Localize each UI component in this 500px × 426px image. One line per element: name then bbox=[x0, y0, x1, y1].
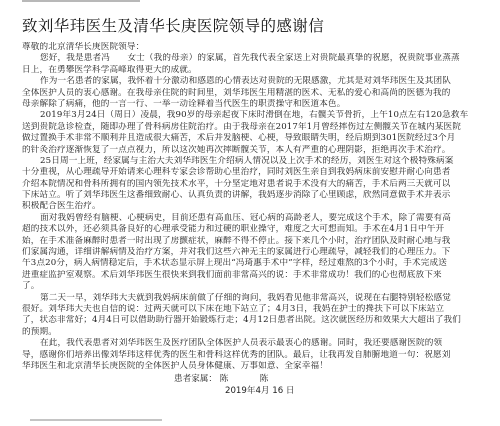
letter-line: 第二天一早，刘华玮大夫就到我妈病床前做了仔细的询问，我妈看见他非常高兴，说现在右… bbox=[22, 293, 490, 304]
signature-name-part1: 陈 bbox=[220, 374, 229, 384]
letter-line: 面对我妈曾经有脑梗、心梗病史，目前还患有高血压、冠心病的高龄老人，要完成这个手术… bbox=[22, 213, 490, 224]
letter-line: 了，状态非常好；4月4日可以借助助行器开始锻炼行走；4月12日患者出院。这次就医… bbox=[22, 315, 490, 326]
letter-line: 介绍本院情况和骨科所拥有的国内领先技术水平，十分坚定地对患者说手术没有大的痛苦，… bbox=[22, 179, 490, 190]
letter-line: 的针灸治疗逐渐恢复了一点点视力，所以这次她再次摔断髋关节，本人有严重的心理阴影，… bbox=[22, 145, 490, 156]
letter-line: 作为一名患者的家属，我怀着十分激动和感恩的心情表达对贵院的无限感激，尤其是对刘华… bbox=[22, 76, 490, 87]
letter-line: 始，在手术准备麻醉时患者一时出现了房颤症状，麻醉不得不停止。接下来几个小时，治疗… bbox=[22, 236, 490, 247]
letter-line: 2019年3月24日（周日）凌晨，我90岁的母亲起夜下床时滑倒在地，右髋关节骨折… bbox=[22, 110, 490, 121]
signature: 患者家属： 陈 陈 bbox=[174, 372, 268, 384]
letter-line: 很好。刘华玮大夫也自信的说：过两天就可以下床在地下站立了；4月3日，我妈在护士的… bbox=[22, 304, 490, 315]
letter-line: 们家属沟通，详细讲解病情及治疗方案，并对我们这些六神无主的家属进行心理疏导，减轻… bbox=[22, 247, 490, 258]
letter-line: 超的技术以外，还必须具备良好的心理承受能力和过硬的职业操守，难度之大可想而知。手… bbox=[22, 224, 490, 235]
letter-line: 进重症监护室观察。术后刘华玮医生很快来到我们面前非常高兴的说：手术非常成功！我们… bbox=[22, 270, 490, 281]
letter-body: 尊敬的北京清华长庚医院领导： 您好，我是患者冯 女士（我的母亲）的家属，首先我代… bbox=[22, 42, 490, 372]
letter-line: 送到贵院急诊检查，随即办理了骨科病房住院治疗。由于我母亲在2017年1月曾经摔伤… bbox=[22, 122, 490, 133]
letter-line: 日上，在勇攀医学科学高峰取得更大的成就。 bbox=[22, 65, 490, 76]
salutation: 尊敬的北京清华长庚医院领导： bbox=[22, 42, 490, 53]
letter-line: 积极配合医生治疗。 bbox=[22, 201, 490, 212]
letter-line: 在此，我代表患者对刘华玮医生及医疗团队全体医护人员表示最衷心的感谢。同时，我还要… bbox=[22, 338, 490, 349]
letter-line: 十分重视，从心理疏导开始请来心理科专家会诊帮助心里治疗，同时刘医生亲自到我妈病床… bbox=[22, 167, 490, 178]
scan-edge-bottom bbox=[30, 419, 162, 421]
letter-line: 的预期。 bbox=[22, 327, 490, 338]
scan-edge-top bbox=[22, 0, 140, 2]
letter-line: 下床站立。听了刘华玮医生这番细致耐心、认真负责的讲解，我妈逐步消除了心里顾虑，欣… bbox=[22, 190, 490, 201]
letter-date: 2019年4月 16 日 bbox=[225, 384, 295, 396]
letter-line: 做过置换手术非常不顺利并且造成很大痛苦，术后并发脑梗、心梗，导致眼睛失明，经后期… bbox=[22, 133, 490, 144]
letter-line: 导，感谢你们培养出像刘华玮这样优秀的医生和骨科这样优秀的团队。最后，让我再发自肺… bbox=[22, 350, 490, 361]
letter-line: 25日周一上班，经家属与主治大夫刘华玮医生介绍病人情况以及上次手术的经历，刘医生… bbox=[22, 156, 490, 167]
letter-line: 了。 bbox=[22, 281, 490, 292]
letter-line: 母亲解除了病痛，他的一言一行、一举一动诠释着当代医生的职责操守和医道本色。 bbox=[22, 99, 490, 110]
letter-title: 致刘华玮医生及清华长庚医院领导的感谢信 bbox=[22, 14, 324, 36]
letter-line: 华玮医生和北京清华长庚医院的全体医护人员身体健康、万事如意、全家幸福！ bbox=[22, 361, 490, 372]
letter-line: 午3点20分，病人病情稳定后，手术状态显示屏上现出“冯琦惠手术中”字样，经过难熬… bbox=[22, 258, 490, 269]
signature-name-part2: 陈 bbox=[260, 374, 269, 384]
letter-line: 全体医护人员的衷心感谢。在我母亲住院的时间里，刘华玮医生用精湛的医术、无私的爱心… bbox=[22, 88, 490, 99]
letter-line: 您好，我是患者冯 女士（我的母亲）的家属，首先我代表全家送上对贵院最真挚的祝愿，… bbox=[22, 53, 490, 64]
signature-label: 患者家属： bbox=[174, 374, 217, 384]
